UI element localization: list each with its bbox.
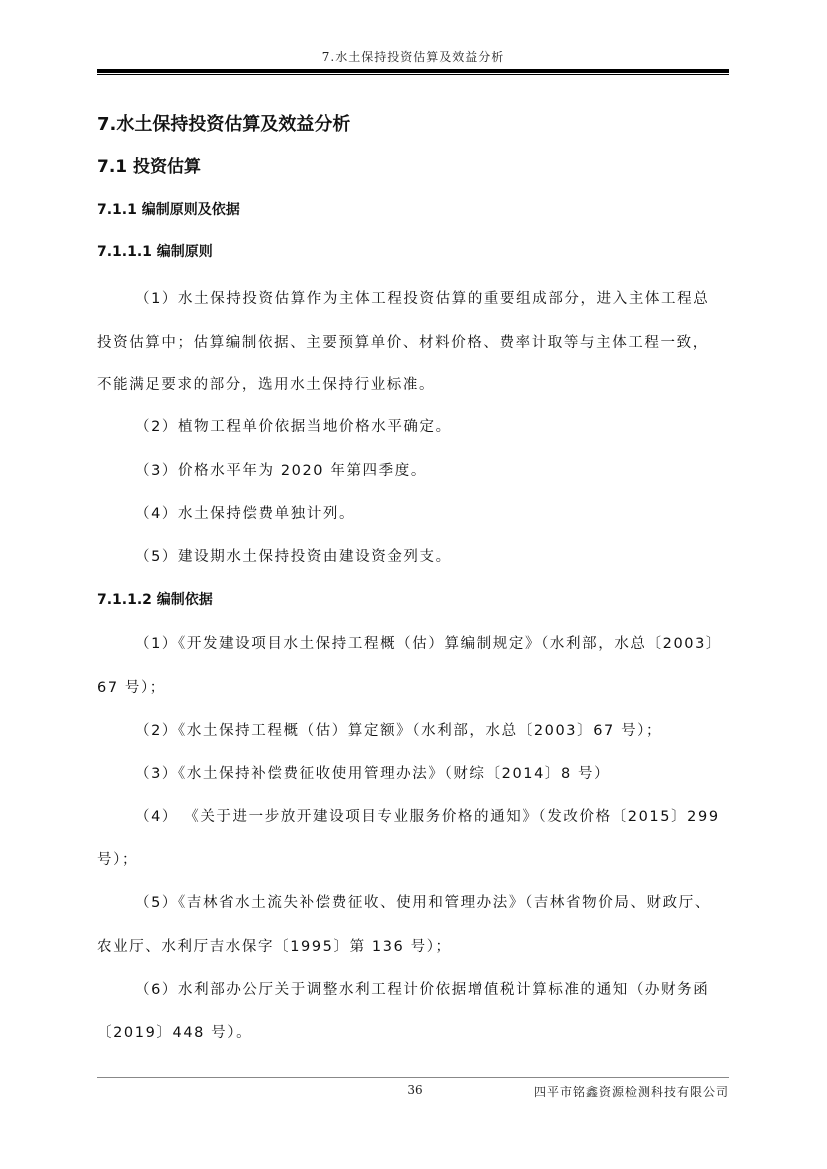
header-rule [97, 69, 729, 73]
running-title: 7.水土保持投资估算及效益分析 [97, 48, 729, 65]
basis-heading: 7.1.1.2 编制依据 [97, 589, 213, 609]
principle-1-line-3: 不能满足要求的部分，选用水土保持行业标准。 [97, 373, 729, 394]
basis-6-line-1: （6）水利部办公厅关于调整水利工程计价依据增值税计算标准的通知（办财务函 [135, 978, 767, 999]
subsection-heading: 7.1.1 编制原则及依据 [97, 199, 240, 219]
basis-3: （3）《水土保持补偿费征收使用管理办法》（财综〔2014〕8 号） [135, 762, 767, 783]
principle-5: （5）建设期水土保持投资由建设资金列支。 [135, 545, 767, 566]
principle-1-line-1: （1）水土保持投资估算作为主体工程投资估算的重要组成部分，进入主体工程总 [135, 287, 767, 308]
header-rule-thin [97, 74, 729, 75]
basis-1-line-1: （1）《开发建设项目水土保持工程概（估）算编制规定》（水利部，水总〔2003〕 [135, 632, 767, 653]
principle-2: （2）植物工程单价依据当地价格水平确定。 [135, 415, 767, 436]
basis-4-line-2: 号）； [97, 848, 729, 869]
section-heading: 7.1 投资估算 [97, 152, 201, 177]
basis-1-line-2: 67 号）； [97, 676, 729, 697]
basis-2: （2）《水土保持工程概（估）算定额》（水利部，水总〔2003〕67 号）； [135, 719, 767, 740]
principle-4: （4）水土保持偿费单独计列。 [135, 502, 767, 523]
footer-rule [97, 1077, 729, 1078]
basis-6-line-2: 〔2019〕448 号）。 [97, 1021, 729, 1042]
principles-heading: 7.1.1.1 编制原则 [97, 241, 213, 261]
company-name: 四平市铭鑫资源检测科技有限公司 [534, 1083, 729, 1100]
chapter-heading: 7.水土保持投资估算及效益分析 [97, 110, 350, 136]
principle-3: （3）价格水平年为 2020 年第四季度。 [135, 459, 767, 480]
basis-4-line-1: （4） 《关于进一步放开建设项目专业服务价格的通知》（发改价格〔2015〕299 [135, 805, 767, 826]
basis-5-line-1: （5）《吉林省水土流失补偿费征收、使用和管理办法》（吉林省物价局、财政厅、 [135, 891, 767, 912]
basis-5-line-2: 农业厅、水利厅吉水保字〔1995〕第 136 号）； [97, 935, 729, 956]
page-number: 36 [400, 1083, 430, 1097]
principle-1-line-2: 投资估算中；估算编制依据、主要预算单价、材料价格、费率计取等与主体工程一致， [97, 331, 729, 352]
